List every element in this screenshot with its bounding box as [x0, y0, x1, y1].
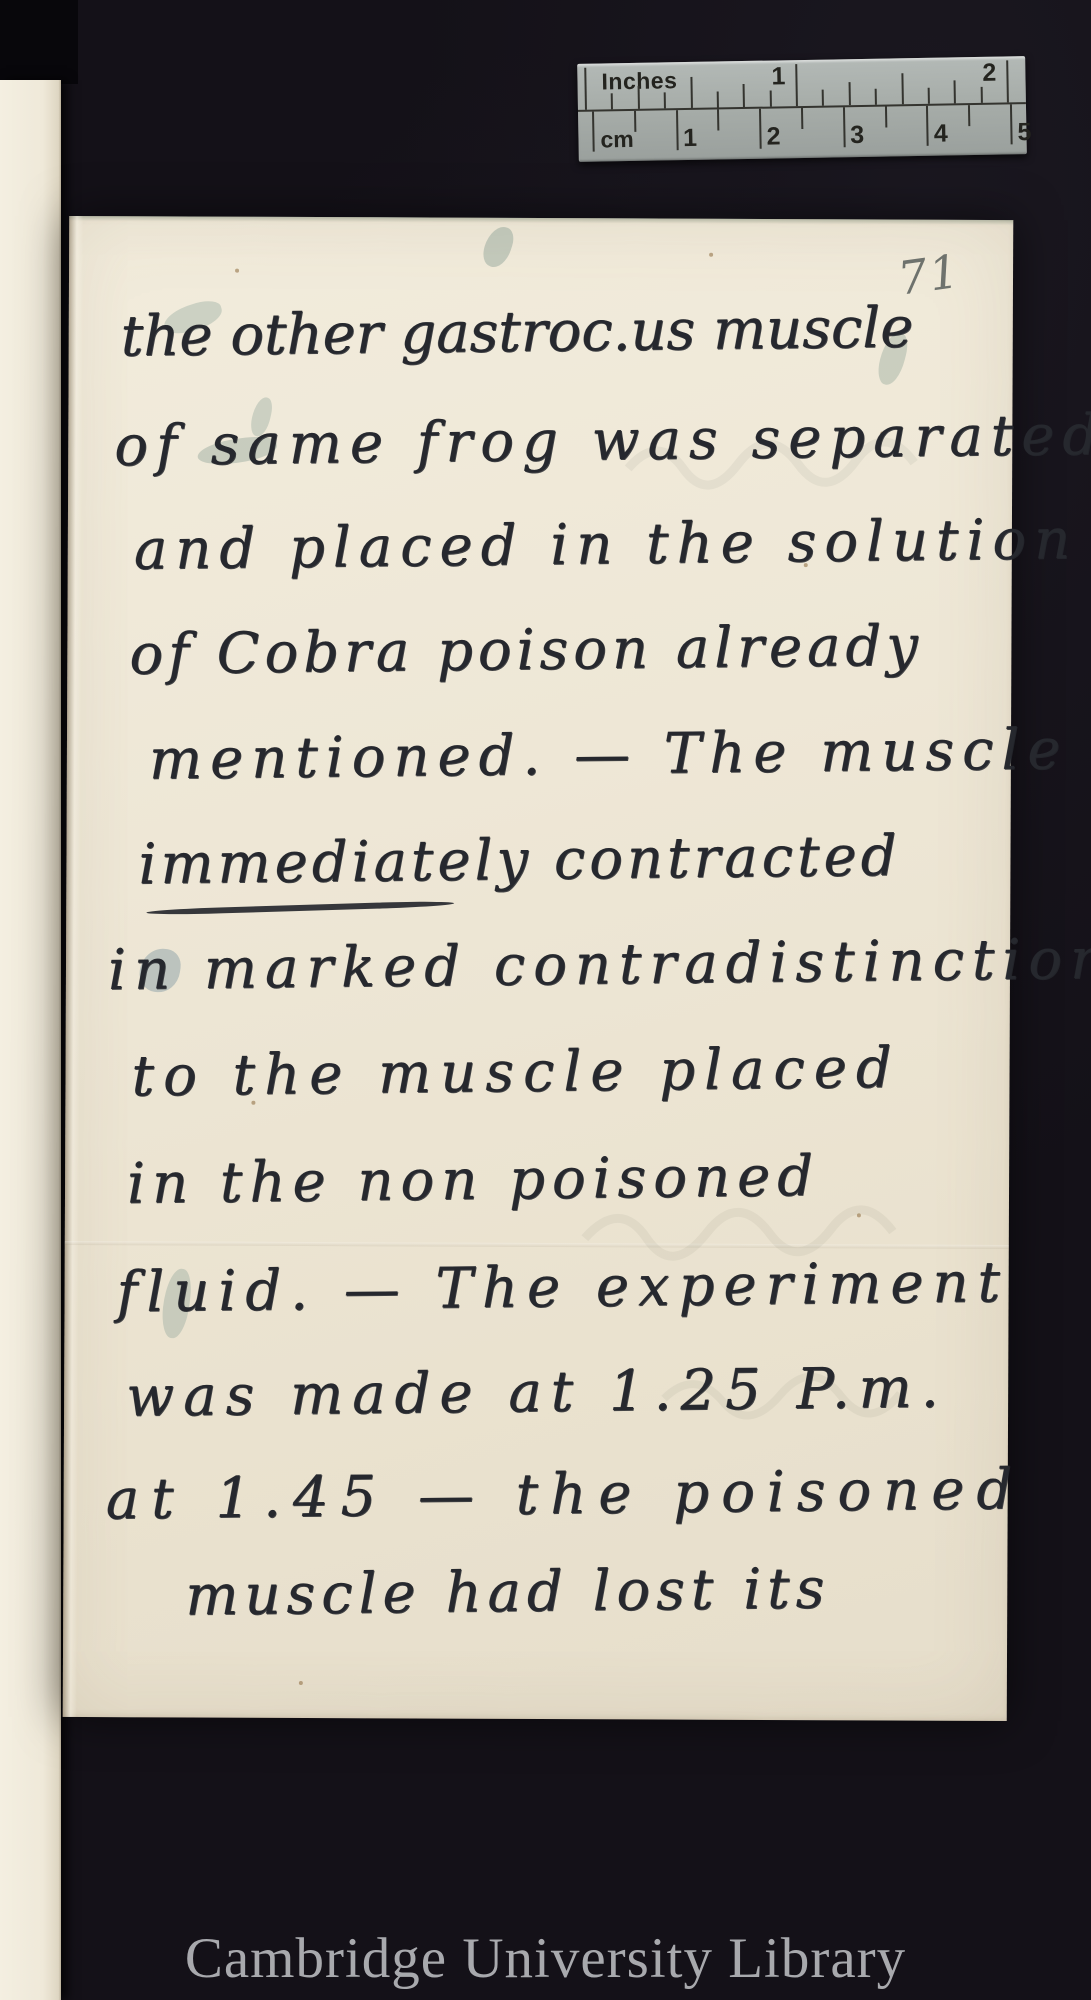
cm-tick [759, 109, 762, 149]
handwriting-line: the other gastroc.us muscle [120, 295, 913, 369]
inch-tick [901, 73, 904, 104]
handwriting-line: muscle had lost its [185, 1556, 831, 1628]
handwriting-line: at 1.45 — the poisoned [105, 1457, 1024, 1532]
photo-background: Inches cm 12 12345 71 the other g [0, 0, 1091, 2000]
inch-tick [637, 86, 639, 109]
foxing-spot [857, 1213, 861, 1217]
cm-tick [801, 108, 803, 129]
inch-tick [928, 88, 930, 104]
handwriting-line: was made at 1.25 P.m. [126, 1355, 948, 1429]
cm-tick [885, 107, 887, 128]
ruler-cm-ticks [577, 56, 1025, 64]
cm-tick [634, 111, 636, 132]
adjacent-page-edge [0, 80, 61, 2000]
inch-tick [795, 64, 798, 106]
handwriting-line: of Cobra poison already [129, 613, 923, 687]
cm-tick [968, 105, 970, 126]
inch-tick [743, 84, 745, 107]
inch-tick [1006, 60, 1009, 102]
handwriting-line: mentioned. — The muscle [149, 717, 1069, 792]
inch-tick [769, 91, 771, 107]
inch-tick [875, 89, 877, 105]
inch-tick [954, 80, 956, 103]
cm-tick [843, 107, 846, 147]
handwriting-line: fluid. — The experiment [116, 1250, 1009, 1325]
ruler-cm-number: 5 [1017, 118, 1031, 147]
inch-tick [717, 91, 719, 107]
inch-tick [822, 90, 824, 106]
handwriting-line: in marked contradistinction [108, 927, 1091, 1003]
ruler-inch-ticks [577, 56, 1025, 64]
ruler-cm-numbers: 12345 [577, 56, 1025, 64]
ruler-inch-number: 1 [771, 62, 785, 91]
cm-tick [1010, 104, 1013, 144]
foxing-spot [299, 1681, 303, 1685]
cm-tick [592, 112, 595, 152]
ruler-inch-number: 2 [982, 59, 996, 88]
manuscript-page: 71 the other gastroc.us muscle of same f… [63, 216, 1014, 1721]
inch-tick [848, 82, 850, 105]
handwriting-line: to the muscle placed [131, 1036, 901, 1110]
inch-tick [664, 92, 666, 108]
handwriting-line: of same frog was separated [114, 403, 1091, 479]
ruler-cm-label: cm [600, 126, 634, 154]
ruler-cm-number: 2 [766, 122, 780, 151]
handwriting-line: in the non poisoned [127, 1144, 821, 1217]
handwriting-line: immediately contracted [138, 824, 901, 898]
ruler-cm-number: 1 [683, 124, 697, 153]
cm-tick [676, 110, 679, 150]
inch-tick [584, 68, 587, 110]
cm-tick [926, 106, 929, 146]
foxing-spot [235, 269, 239, 273]
library-watermark: Cambridge University Library [185, 1926, 906, 1991]
ruler-cm-number: 4 [934, 119, 948, 148]
inch-tick [980, 87, 982, 103]
foxing-spot [709, 253, 713, 257]
inch-tick [690, 77, 693, 108]
background-corner-shadow [0, 0, 78, 84]
handwriting-line: and placed in the solution [134, 507, 1079, 583]
inch-tick [611, 93, 613, 109]
ruler-cm-number: 3 [850, 121, 864, 150]
ruler: Inches cm 12 12345 [577, 56, 1027, 162]
cm-tick [717, 109, 719, 130]
ruler-inch-numbers: 12 [577, 56, 1025, 64]
